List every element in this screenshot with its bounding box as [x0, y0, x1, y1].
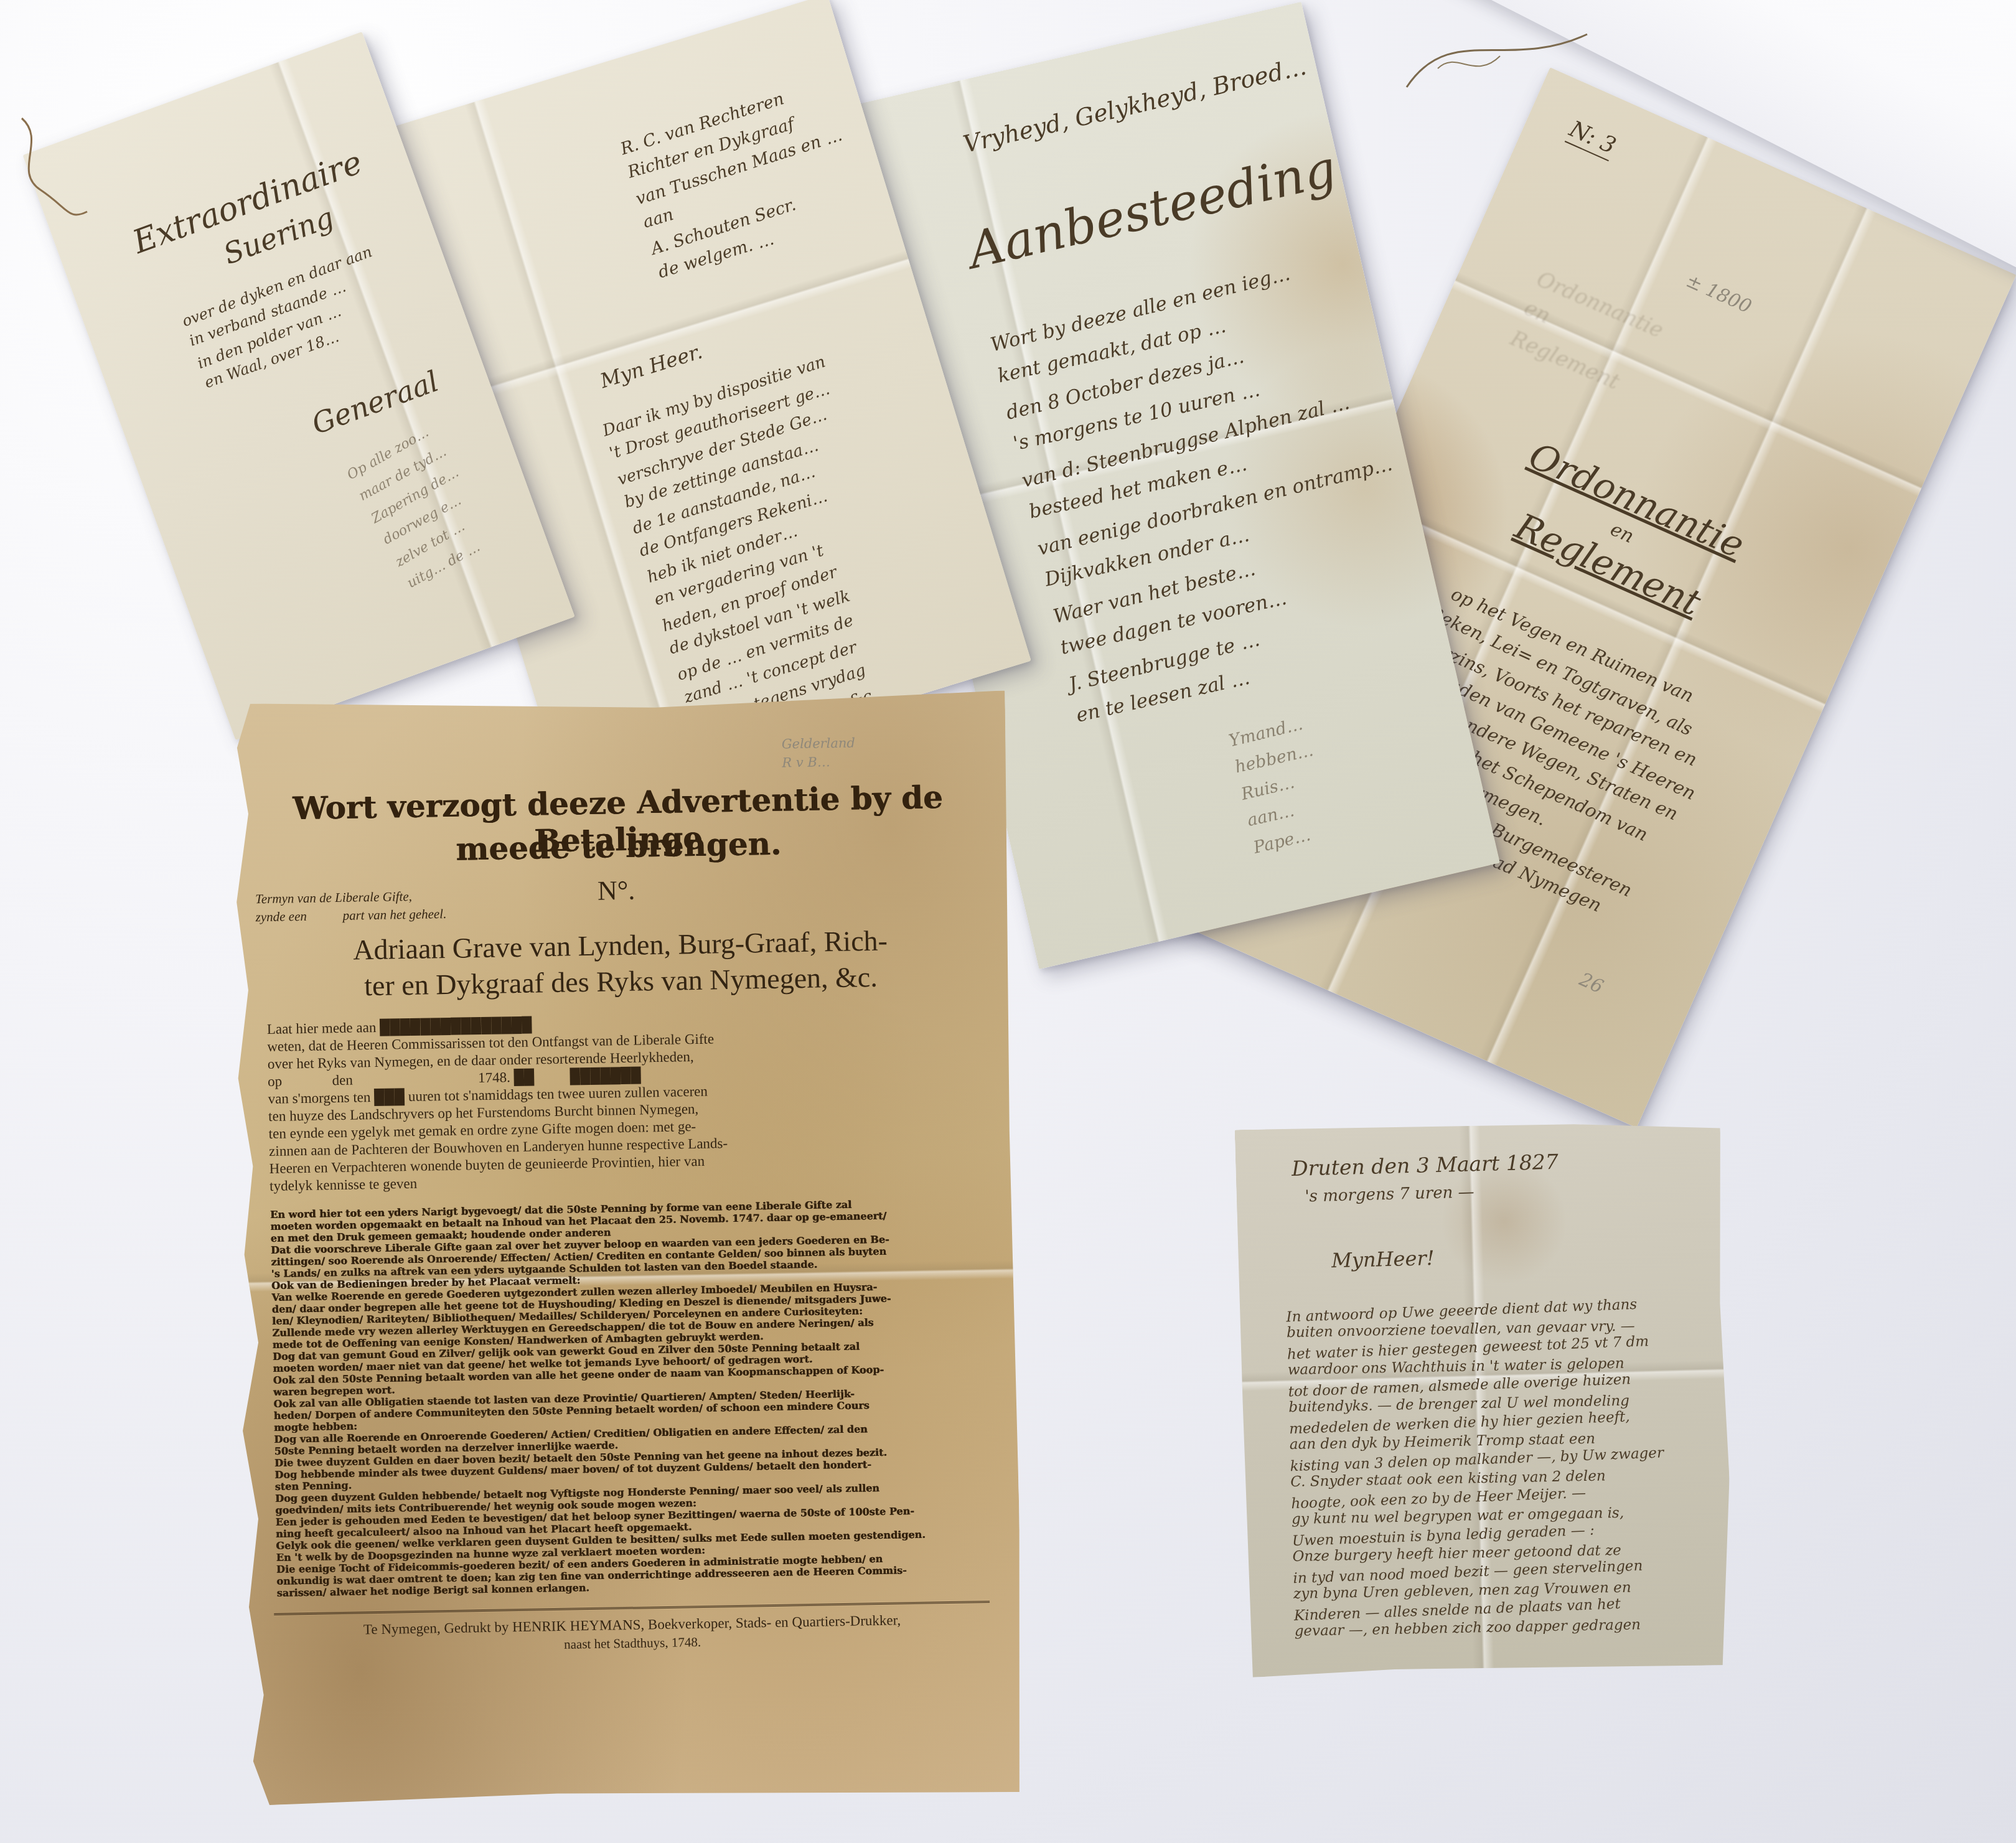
- doc2-salutation: Myn Heer.: [598, 339, 705, 393]
- doc5-margin-note: Termyn van de Liberale Gifte, zynde een …: [255, 887, 447, 926]
- doc6-body-lines: In antwoord op Uwe geeerde dient dat wy …: [1286, 1297, 1668, 1643]
- doc6-salutation: MynHeer!: [1331, 1246, 1435, 1272]
- doc6-dateline2: 's morgens 7 uren —: [1305, 1183, 1474, 1206]
- doc2-address-block: R. C. van RechterenRichter en Dykgraafva…: [617, 73, 869, 286]
- doc3-lower-lines: Ymand…hebben…Ruis…aan…Pape…: [1226, 710, 1335, 861]
- doc1-subtitle-lines: over de dyken en daar aanin verband staa…: [179, 242, 398, 395]
- doc5-pencil-note: GelderlandR v B…: [782, 733, 856, 772]
- doc6-dateline: Druten den 3 Maart 1827: [1292, 1150, 1559, 1181]
- doc3-motto: Vryheyd, Gelykheyd, Broed…: [960, 52, 1309, 158]
- doc1-faint-lines: Op alle zoo…maar de tyd…Zapering de…door…: [342, 418, 500, 596]
- doc4-corner-mark: N: 3: [1565, 116, 1620, 161]
- doc4-showthrough-text: Ordonnantie en Reglement: [1506, 263, 1669, 406]
- text-line: R v B…: [782, 752, 856, 772]
- document-liberale-gifte-advertentie: GelderlandR v B… Wort verzogt deeze Adve…: [227, 690, 1024, 1806]
- doc5-small-print-lines: En word hier tot een yders Narigt bygevo…: [270, 1198, 926, 1599]
- document-druten-letter: Druten den 3 Maart 1827 's morgens 7 ure…: [1235, 1117, 1735, 1677]
- text-line: zynde een part van het geheel.: [255, 905, 446, 926]
- doc5-number-label: N°.: [598, 875, 635, 907]
- doc3-body-lines: Wort by deeze alle en een ieg…kent gemaa…: [987, 245, 1435, 734]
- photo-of-archival-documents: N: 3 ± 1800 Ordonnantie en Reglement Ord…: [0, 0, 2016, 1843]
- doc5-paragraph-lines: Laat hier mede aan ███████████████weten,…: [267, 1013, 729, 1195]
- text-line: Gelderland: [782, 733, 856, 753]
- doc4-pencil-number: 26: [1576, 968, 1606, 998]
- doc4-pencil-date: ± 1800: [1682, 270, 1755, 318]
